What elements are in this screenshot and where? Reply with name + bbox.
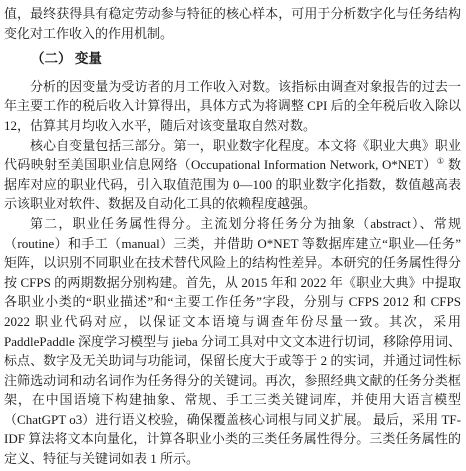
continued-paragraph: 值，最终获得具有稳定劳动参与特征的核心样本，可用于分析数字化与任务结构变化对工作… xyxy=(4,4,461,43)
paragraph-dependent-variable: 分析的因变量为受访者的月工作收入对数。该指标由调查对象报告的过去一年主要工作的税… xyxy=(4,77,461,136)
document-page: 值，最终获得具有稳定劳动参与特征的核心样本，可用于分析数字化与任务结构变化对工作… xyxy=(0,0,466,471)
paragraph-digitalization: 核心自变量包括三部分。第一，职业数字化程度。本文将《职业大典》职业代码映射至美国… xyxy=(4,136,461,214)
paragraph-task-attributes: 第二，职业任务属性得分。主流划分将任务分为抽象（abstract）、常规（rou… xyxy=(4,214,461,469)
digitalization-text-before-footnote: 核心自变量包括三部分。第一，职业数字化程度。本文将《职业大典》职业代码映射至美国… xyxy=(4,138,461,173)
section-heading-variables: （二） 变量 xyxy=(4,49,461,69)
